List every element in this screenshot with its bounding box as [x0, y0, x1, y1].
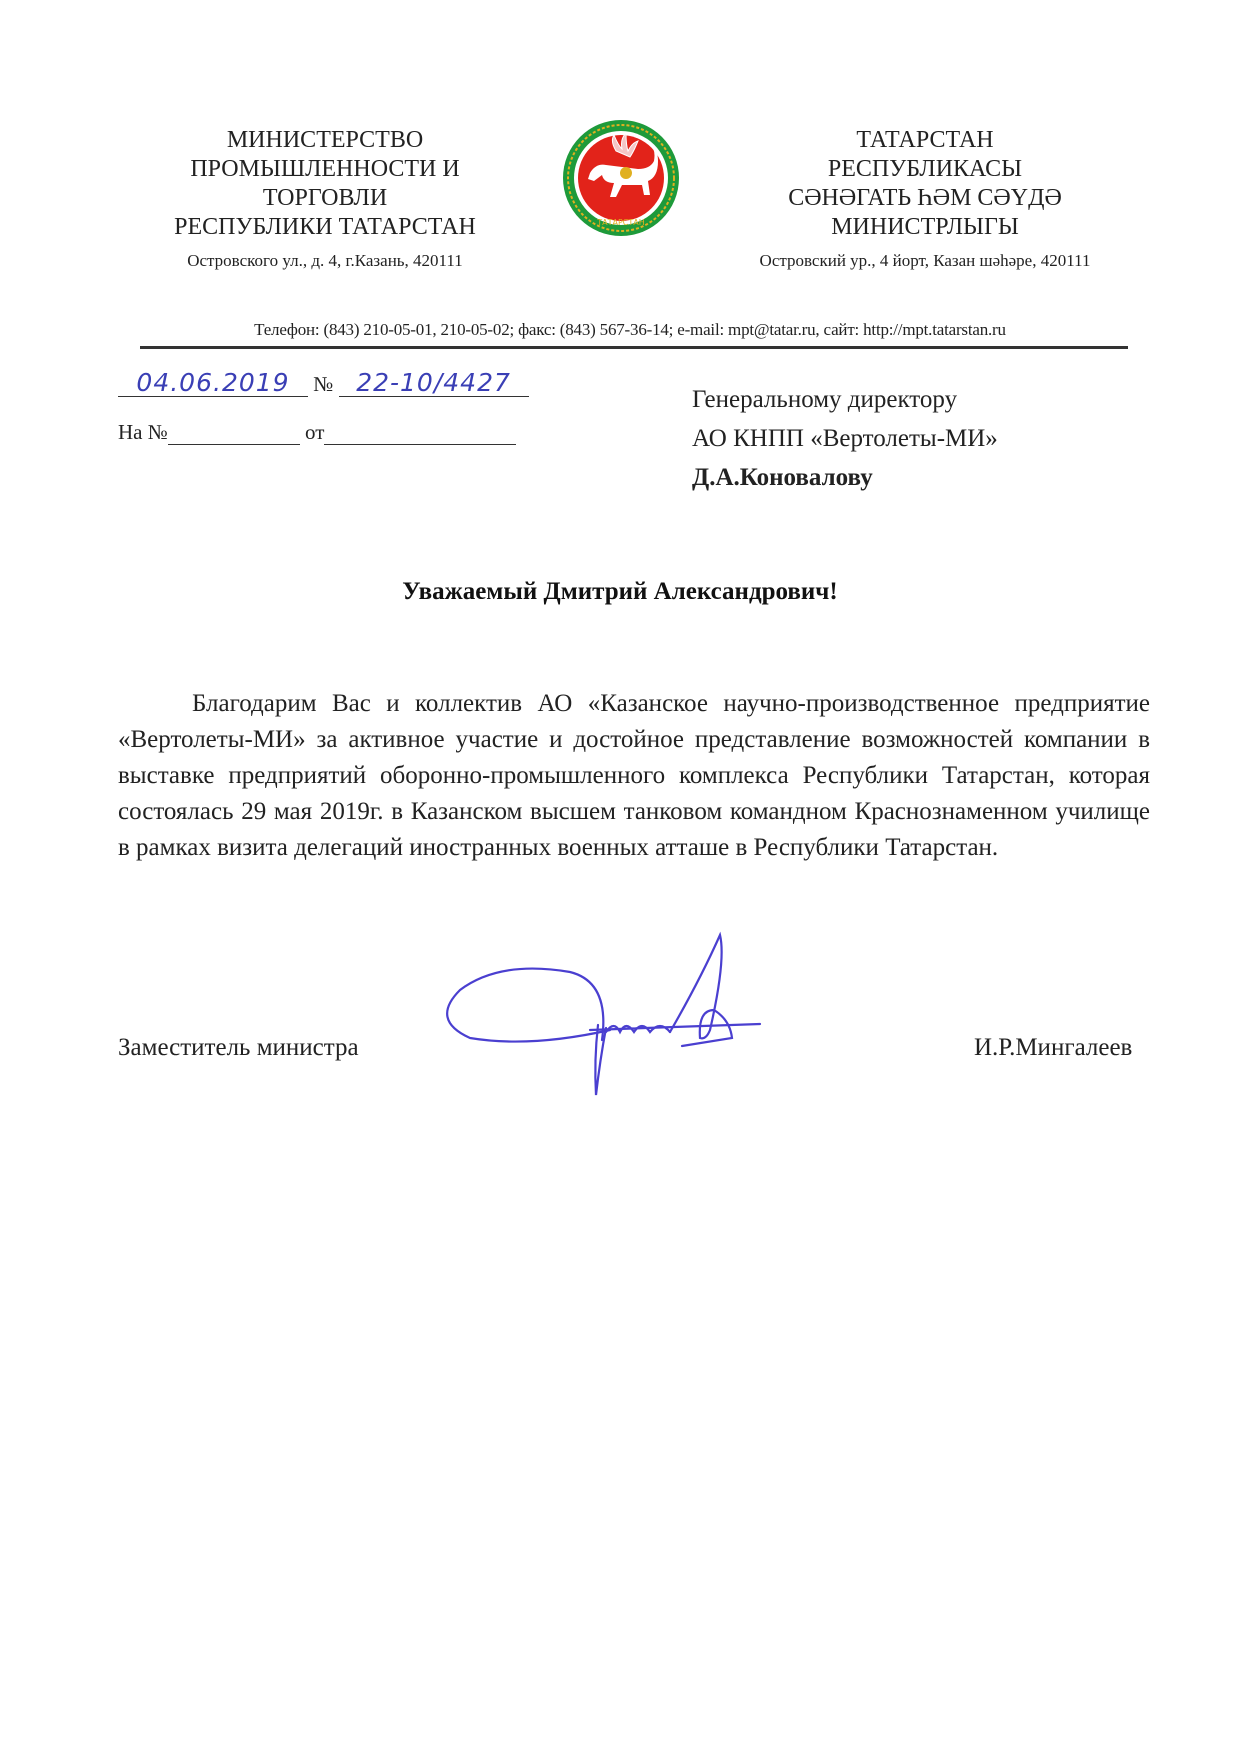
- ministry-name-tt-line-4: МИНИСТРЛЫГЫ: [690, 213, 1160, 242]
- outgoing-date-field: 04.06.2019: [118, 368, 308, 397]
- reference-number-label: На №: [118, 420, 168, 444]
- outgoing-number: 22-10/4427: [356, 368, 511, 397]
- contact-line: Телефон: (843) 210-05-01, 210-05-02; фак…: [140, 320, 1120, 340]
- ministry-name-ru-line-2: ПРОМЫШЛЕННОСТИ И: [125, 155, 525, 184]
- coat-of-arms-icon: ТАТАРСТАН: [558, 115, 684, 241]
- addressee-name: Д.А.Коновалову: [692, 458, 998, 497]
- outgoing-number-field: 22-10/4427: [339, 368, 529, 397]
- salutation: Уважаемый Дмитрий Александрович!: [0, 578, 1240, 606]
- number-label: №: [313, 372, 333, 396]
- ministry-name-ru-line-3: ТОРГОВЛИ: [125, 184, 525, 213]
- ministry-name-tt-line-2: РЕСПУБЛИКАСЫ: [690, 155, 1160, 184]
- outgoing-date: 04.06.2019: [136, 368, 289, 397]
- svg-text:ТАТАРСТАН: ТАТАРСТАН: [596, 218, 645, 227]
- ministry-name-tt-line-1: ТАТАРСТАН: [690, 126, 1160, 155]
- signatory-role: Заместитель министра: [118, 1034, 359, 1062]
- reference-number-field: [168, 416, 300, 445]
- registration-row-reference: На № от: [118, 416, 516, 445]
- letter-body: Благодарим Вас и коллектив АО «Казанское…: [118, 686, 1150, 866]
- ministry-name-ru-line-4: РЕСПУБЛИКИ ТАТАРСТАН: [125, 213, 525, 242]
- letterhead-left: МИНИСТЕРСТВО ПРОМЫШЛЕННОСТИ И ТОРГОВЛИ Р…: [125, 126, 525, 272]
- ministry-name-ru-line-1: МИНИСТЕРСТВО: [125, 126, 525, 155]
- ministry-address-tt: Островский ур., 4 йорт, Казан шәһәре, 42…: [690, 250, 1160, 272]
- handwritten-signature-icon: [430, 920, 810, 1120]
- ministry-address-ru: Островского ул., д. 4, г.Казань, 420111: [125, 250, 525, 272]
- letterhead-right: ТАТАРСТАН РЕСПУБЛИКАСЫ СӘНӘГАТЬ ҺӘМ СӘҮД…: [690, 126, 1160, 272]
- ministry-name-tt-line-3: СӘНӘГАТЬ ҺӘМ СӘҮДӘ: [690, 184, 1160, 213]
- addressee-organization: АО КНПП «Вертолеты-МИ»: [692, 419, 998, 458]
- body-paragraph: Благодарим Вас и коллектив АО «Казанское…: [118, 686, 1150, 866]
- signatory-name: И.Р.Мингалеев: [974, 1034, 1132, 1062]
- addressee-block: Генеральному директору АО КНПП «Вертолет…: [692, 380, 998, 497]
- reference-date-label: от: [305, 420, 324, 444]
- letterhead-divider: [140, 346, 1128, 349]
- registration-row-outgoing: 04.06.2019 № 22-10/4427: [118, 368, 529, 397]
- reference-date-field: [324, 416, 516, 445]
- addressee-position: Генеральному директору: [692, 380, 998, 419]
